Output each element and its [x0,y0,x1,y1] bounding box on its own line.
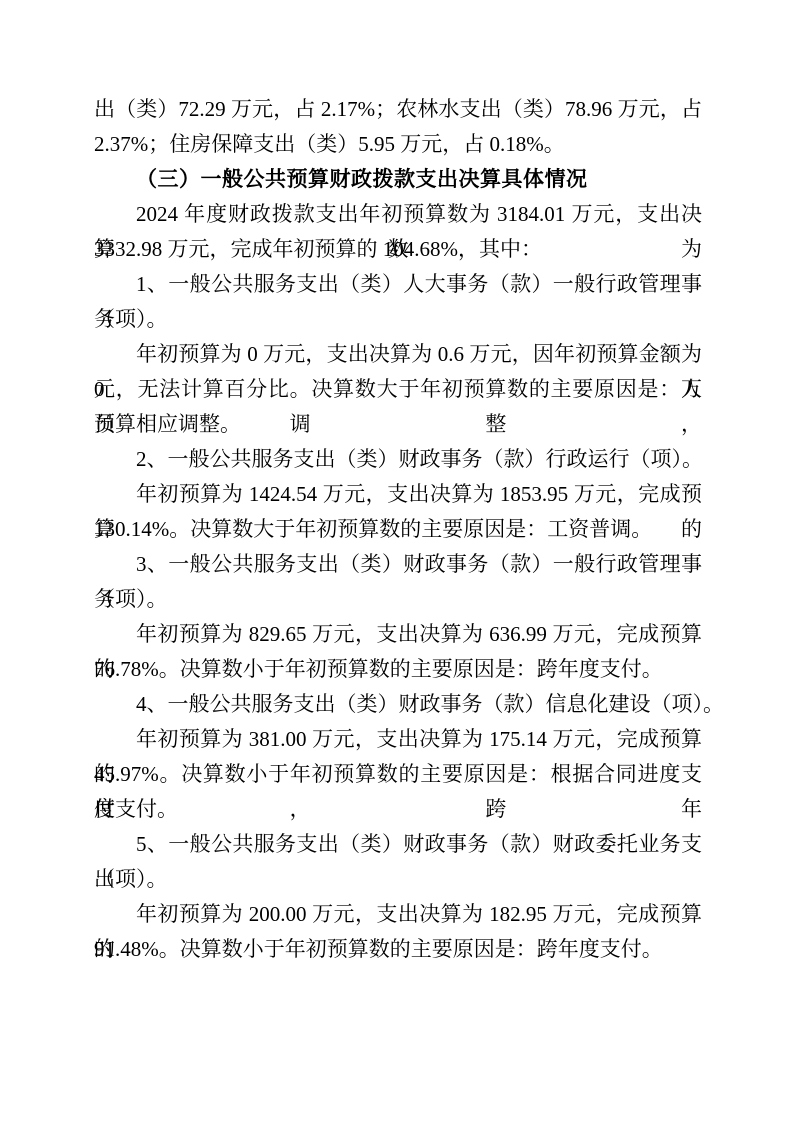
text-line: 年初预算为 381.00 万元，支出决算为 175.14 万元，完成预算的 [94,722,702,757]
text-line: 2.37%；住房保障支出（类）5.95 万元，占 0.18%。 [94,127,702,162]
text-line: 5、一般公共服务支出（类）财政事务（款）财政委托业务支出 [94,827,702,862]
text-line: 4、一般公共服务支出（类）财政事务（款）信息化建设（项）。 [94,687,702,722]
text-line: 2024 年度财政拨款支出年初预算数为 3184.01 万元，支出决算数为 [94,197,702,232]
text-line: （项）。 [94,862,702,897]
text-line: 年初预算为 829.65 万元，支出决算为 636.99 万元，完成预算的 [94,617,702,652]
section-heading: （三）一般公共预算财政拨款支出决算具体情况 [94,162,702,197]
text-line: （项）。 [94,582,702,617]
text-line: 2、一般公共服务支出（类）财政事务（款）行政运行（项）。 [94,442,702,477]
text-line: 出（类）72.29 万元，占 2.17%；农林水支出（类）78.96 万元，占 [94,92,702,127]
text-line: 年初预算为 0 万元，支出决算为 0.6 万元，因年初预算金额为 0 万 [94,337,702,372]
text-line: 45.97%。决算数小于年初预算数的主要原因是：根据合同进度支付，跨年 [94,757,702,792]
text-line: 3、一般公共服务支出（类）财政事务（款）一般行政管理事务 [94,547,702,582]
text-line: 130.14%。决算数大于年初预算数的主要原因是：工资普调。 [94,512,702,547]
document-content: 出（类）72.29 万元，占 2.17%；农林水支出（类）78.96 万元，占2… [94,92,702,967]
text-line: 年初预算为 1424.54 万元，支出决算为 1853.95 万元，完成预算的 [94,477,702,512]
text-line: 91.48%。决算数小于年初预算数的主要原因是：跨年度支付。 [94,932,702,967]
text-line: 76.78%。决算数小于年初预算数的主要原因是：跨年度支付。 [94,652,702,687]
document-page: 出（类）72.29 万元，占 2.17%；农林水支出（类）78.96 万元，占2… [0,0,793,1122]
text-line: 元，无法计算百分比。决算数大于年初预算数的主要原因是：人员调整， [94,372,702,407]
text-line: （项）。 [94,302,702,337]
text-line: 年初预算为 200.00 万元，支出决算为 182.95 万元，完成预算的 [94,897,702,932]
text-line: 1、一般公共服务支出（类）人大事务（款）一般行政管理事务 [94,267,702,302]
